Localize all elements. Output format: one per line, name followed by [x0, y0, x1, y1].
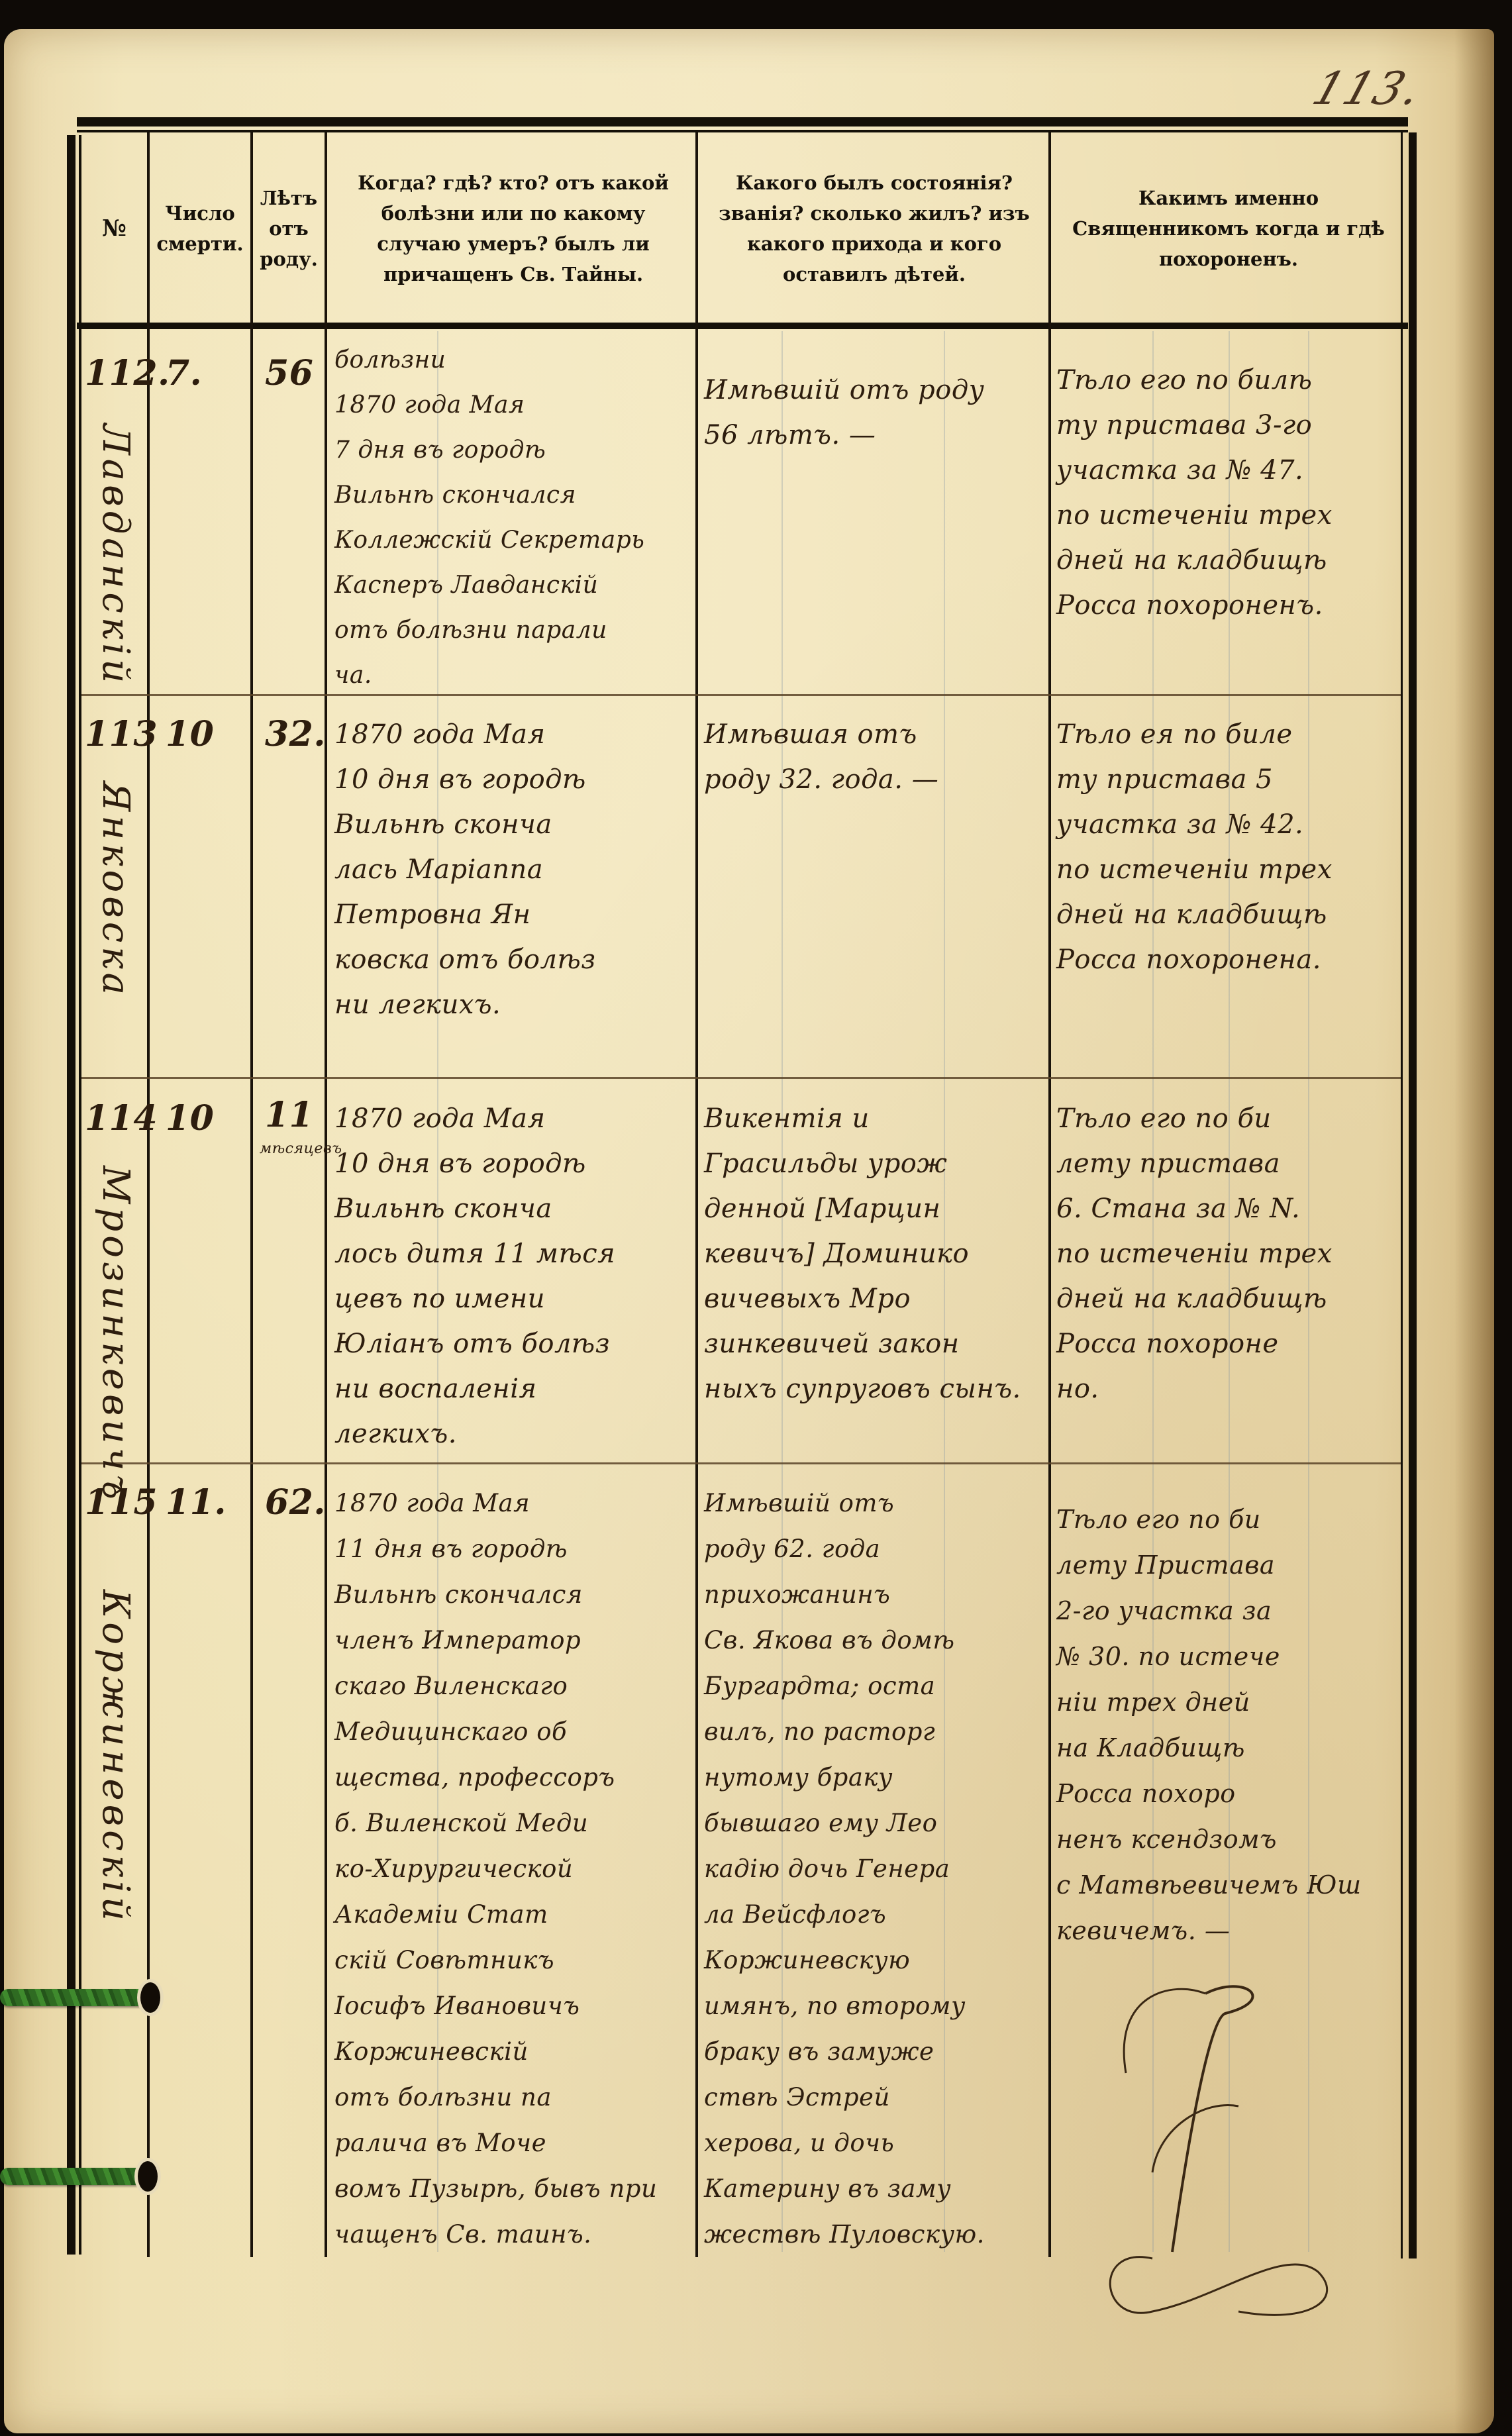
entry-age: 62.: [265, 1480, 326, 1525]
row-divider: [81, 1462, 1401, 1464]
entry-day: 10: [166, 712, 214, 757]
entry-number: 113: [85, 712, 158, 757]
row-divider: [81, 1077, 1401, 1079]
entry-age: 56: [265, 351, 313, 396]
entry-surname-margin: Мрозинкевичъ: [94, 1166, 137, 1503]
entry-when-where-cause: 1870 года Мая 11 дня въ городѣ Вильнѣ ск…: [334, 1480, 695, 2257]
entry-burial: Тѣло его по би лету Пристава 2-го участк…: [1056, 1497, 1401, 1954]
entry-status-family: Имѣвшій отъ роду 56 лѣтъ. —: [704, 368, 1045, 458]
binding-hole: [138, 2161, 158, 2192]
column-divider: [325, 132, 327, 2257]
header-status-family: Какого былъ состоянія? званія? сколько ж…: [702, 139, 1046, 318]
header-burial: Какимъ именно Священникомъ когда и гдѣ п…: [1060, 139, 1397, 318]
entry-number: 114: [85, 1096, 158, 1141]
entry-status-family: Имѣвшій отъ роду 62. года прихожанинъ Св…: [704, 1480, 1045, 2257]
entry-age: 11: [265, 1093, 313, 1138]
entry-when-where-cause: болѣзни 1870 года Мая 7 дня въ городѣ Ви…: [334, 338, 695, 698]
entry-day: 10: [166, 1096, 214, 1141]
entry-number: 115: [85, 1480, 158, 1525]
header-when-where-cause: Когда? гдѣ? кто? отъ какой болѣзни или п…: [338, 139, 689, 318]
column-divider: [147, 132, 150, 2257]
row-divider: [81, 694, 1401, 696]
header-day-of-death: Число смерти.: [150, 139, 250, 318]
header-number: №: [81, 139, 147, 318]
entry-day: 7.: [166, 351, 202, 396]
table-left-border: [67, 135, 76, 2255]
column-divider: [250, 132, 253, 2257]
header-bottom-border: [77, 323, 1408, 329]
binding-thread: [0, 2168, 149, 2185]
entry-when-where-cause: 1870 года Мая 10 дня въ городѣ Вильнѣ ск…: [334, 712, 695, 1027]
entry-status-family: Викентія и Грасильды урож денной [Марцин…: [704, 1096, 1045, 1411]
entry-burial: Тѣло его по билѣ ту пристава 3-го участк…: [1056, 358, 1401, 628]
table-left-border-thin: [79, 135, 81, 2255]
entry-when-where-cause: 1870 года Мая 10 дня въ городѣ Вильнѣ ск…: [334, 1096, 695, 1456]
signature-flourish-icon: [1073, 1954, 1351, 2325]
table-right-border: [1409, 132, 1417, 2258]
entry-burial: Тѣло его по би лету пристава 6. Стана за…: [1056, 1096, 1401, 1411]
binding-hole: [140, 1982, 160, 2013]
header-age: Лѣтъ отъ роду.: [253, 139, 325, 318]
entry-age: 32.: [265, 712, 326, 757]
table-top-border-thin: [77, 130, 1408, 132]
page-edge-shadow: [1454, 29, 1494, 2433]
entry-status-family: Имѣвшая отъ роду 32. года. —: [704, 712, 1045, 802]
entry-surname-margin: Коржиневскій: [94, 1590, 137, 1925]
entry-age-unit-note: мѣсяцевъ: [260, 1139, 323, 1159]
column-divider: [1048, 132, 1051, 2257]
table-right-border-thin: [1401, 132, 1403, 2258]
table-top-border: [77, 117, 1408, 127]
binding-thread: [0, 1989, 149, 2006]
entry-burial: Тѣло ея по биле ту пристава 5 участка за…: [1056, 712, 1401, 982]
entry-day: 11.: [166, 1480, 227, 1525]
page-number: 113.: [1306, 63, 1429, 115]
entry-surname-margin: Янковска: [94, 782, 137, 999]
entry-surname-margin: Лавданскій: [94, 424, 137, 687]
column-divider: [695, 132, 698, 2257]
entry-number: 112.: [85, 351, 170, 396]
